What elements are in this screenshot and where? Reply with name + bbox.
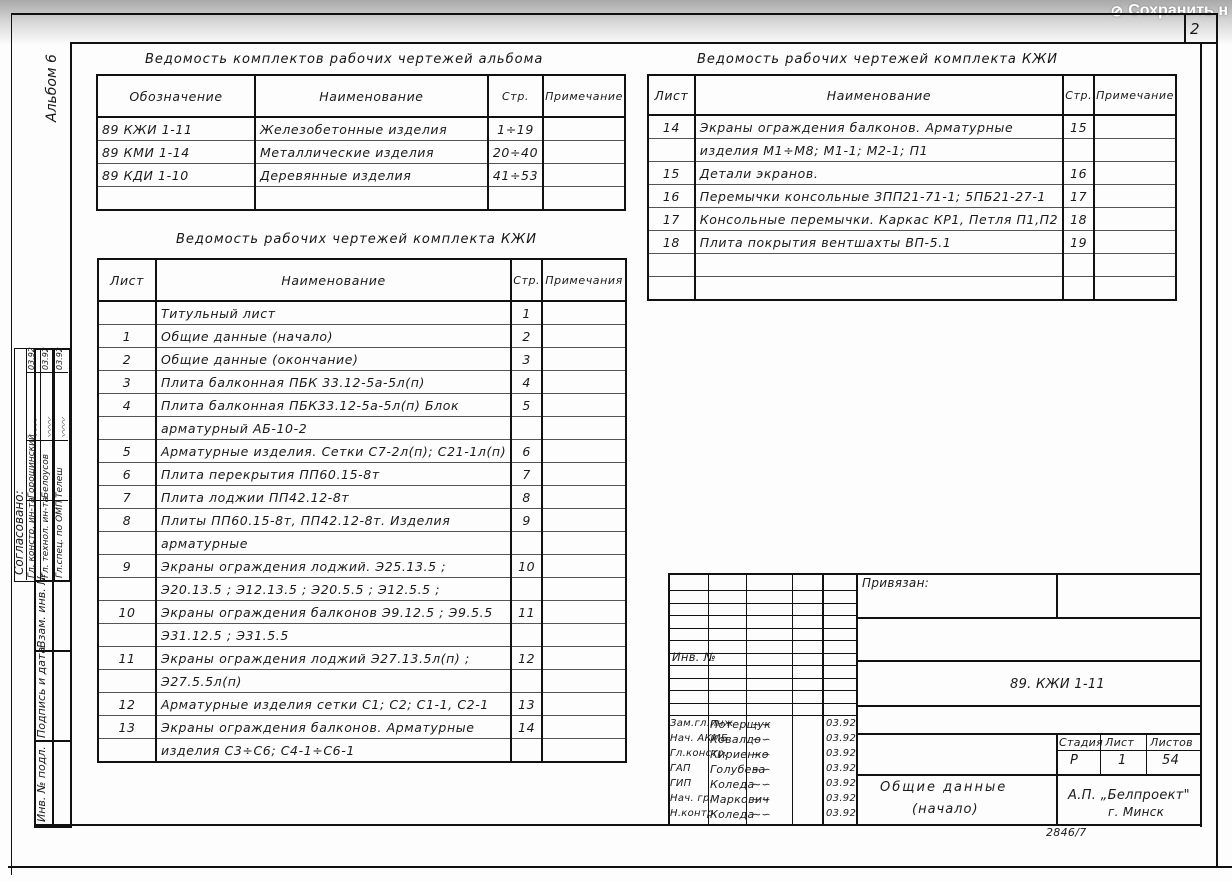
cell-note bbox=[542, 301, 626, 325]
cell-sheet bbox=[648, 277, 695, 301]
agreed-role-1: Гл. констр. ин-та bbox=[27, 497, 37, 578]
tb-row-line bbox=[668, 715, 856, 716]
albums-table: Обозначение Наименование Стр. Примечание… bbox=[96, 74, 626, 211]
cell-note bbox=[1094, 231, 1176, 254]
cell-sheet: 13 bbox=[98, 716, 156, 739]
cell-name: Консольные перемычки. Каркас КР1, Петля … bbox=[695, 208, 1063, 231]
cell-note bbox=[1094, 115, 1176, 139]
cell-name: арматурные bbox=[156, 532, 511, 555]
staff-role: ГИП bbox=[670, 778, 691, 789]
agreed-name-1: Горошинский bbox=[27, 434, 37, 498]
table-row: изделия С3÷С6; С4-1÷С6-1 bbox=[98, 739, 626, 763]
cell-name: Плита лоджии ПП42.12-8т bbox=[156, 486, 511, 509]
cell-page: 14 bbox=[511, 716, 542, 739]
tb-h1 bbox=[856, 617, 1200, 619]
tb-col-2 bbox=[792, 573, 793, 824]
albums-table-title: Ведомость комплектов рабочих чертежей ал… bbox=[145, 52, 543, 67]
cell-sheet: 18 bbox=[648, 231, 695, 254]
table-row: 2Общие данные (окончание)3 bbox=[98, 348, 626, 371]
sheet-value: 1 bbox=[1118, 753, 1127, 768]
cell-sheet bbox=[98, 417, 156, 440]
table-row: 12Арматурные изделия сетки С1; С2; С1-1,… bbox=[98, 693, 626, 716]
cell-name: Экраны ограждения лоджий Э27.13.5л(п) ; bbox=[156, 647, 511, 670]
cell-name bbox=[695, 277, 1063, 301]
cell-note bbox=[542, 555, 626, 578]
cell-page bbox=[511, 739, 542, 763]
cell-sheet: 11 bbox=[98, 647, 156, 670]
side-stamp-sep-3 bbox=[34, 740, 70, 742]
col-designation: Обозначение bbox=[97, 75, 255, 117]
cell-name: Плита перекрытия ПП60.15-8т bbox=[156, 463, 511, 486]
tb-h1v bbox=[1056, 573, 1058, 618]
paperclip-icon: ⊘ bbox=[1111, 2, 1124, 20]
staff-name: Коледа bbox=[710, 778, 754, 791]
table-row: 16Перемычки консольные 3ПП21-71-1; 5ПБ21… bbox=[648, 185, 1176, 208]
col-name: Наименование bbox=[695, 75, 1063, 115]
cell-pages bbox=[488, 187, 543, 211]
cell-name: изделия М1÷М8; М1-1; М2-1; П1 bbox=[695, 139, 1063, 162]
cell-sheet: 15 bbox=[648, 162, 695, 185]
cell-name: Плиты ПП60.15-8т, ПП42.12-8т. Изделия bbox=[156, 509, 511, 532]
cell-name: Арматурные изделия сетки С1; С2; С1-1, С… bbox=[156, 693, 511, 716]
cell-note bbox=[1094, 254, 1176, 277]
album-label: Альбом 6 bbox=[44, 54, 60, 122]
table-row: 5Арматурные изделия. Сетки С7-2л(п); С21… bbox=[98, 440, 626, 463]
table-row: 89 КМИ 1-14Металлические изделия20÷40 bbox=[97, 141, 625, 164]
cell-page: 7 bbox=[511, 463, 542, 486]
cell-note bbox=[543, 117, 625, 141]
cell-note bbox=[542, 371, 626, 394]
cell-sheet bbox=[98, 301, 156, 325]
cell-page: 10 bbox=[511, 555, 542, 578]
col-page: Стр. bbox=[1063, 75, 1094, 115]
cell-note bbox=[542, 578, 626, 601]
cell-name bbox=[255, 187, 488, 211]
cell-page bbox=[511, 532, 542, 555]
tb-main-divider bbox=[856, 573, 858, 824]
cell-note bbox=[543, 164, 625, 187]
cell-name: Перемычки консольные 3ПП21-71-1; 5ПБ21-2… bbox=[695, 185, 1063, 208]
frame-left-outer bbox=[11, 13, 12, 875]
cell-page bbox=[511, 417, 542, 440]
cell-page: 11 bbox=[511, 601, 542, 624]
staff-name: Коледа bbox=[710, 808, 754, 821]
cell-note bbox=[543, 141, 625, 164]
cell-note bbox=[542, 394, 626, 417]
cell-name: Э31.12.5 ; Э31.5.5 bbox=[156, 624, 511, 647]
cell-code bbox=[97, 187, 255, 211]
table-row: 14Экраны ограждения балконов. Арматурные… bbox=[648, 115, 1176, 139]
table-row: 17Консольные перемычки. Каркас КР1, Петл… bbox=[648, 208, 1176, 231]
table-row: 11Экраны ограждения лоджий Э27.13.5л(п) … bbox=[98, 647, 626, 670]
tb-row-line bbox=[668, 703, 856, 704]
cell-note bbox=[542, 739, 626, 763]
scan-top-shadow bbox=[0, 0, 1232, 45]
cell-page bbox=[511, 670, 542, 693]
cell-sheet: 14 bbox=[648, 115, 695, 139]
col-page: Стр. bbox=[511, 259, 542, 301]
table-row: арматурный АБ-10-2 bbox=[98, 417, 626, 440]
cell-sheet: 10 bbox=[98, 601, 156, 624]
sheets-value: 54 bbox=[1162, 753, 1179, 768]
agreed-signature-1: 〰〰 bbox=[27, 418, 42, 438]
cell-name: Железобетонные изделия bbox=[255, 117, 488, 141]
cell-name: Титульный лист bbox=[156, 301, 511, 325]
sheet-number: 2 bbox=[1190, 20, 1201, 38]
stage-label: Стадия bbox=[1059, 736, 1103, 749]
staff-signature: ∼∽ bbox=[752, 733, 771, 746]
frame-top-inner bbox=[70, 42, 1218, 44]
col-pages: Стр. bbox=[488, 75, 543, 117]
tb-row-line bbox=[668, 690, 856, 691]
table-row: 9Экраны ограждения лоджий. Э25.13.5 ;10 bbox=[98, 555, 626, 578]
col-name: Наименование bbox=[255, 75, 488, 117]
cell-sheet: 12 bbox=[98, 693, 156, 716]
frame-right-outer bbox=[1216, 13, 1218, 868]
cell-sheet: 17 bbox=[648, 208, 695, 231]
cell-note bbox=[542, 624, 626, 647]
cell-name: Детали экранов. bbox=[695, 162, 1063, 185]
tb-row-line bbox=[668, 678, 856, 679]
cell-page: 6 bbox=[511, 440, 542, 463]
staff-signature: ∼∽ bbox=[752, 763, 771, 776]
inv-number-label: Инв. № bbox=[672, 650, 716, 664]
sheets-left-title: Ведомость рабочих чертежей комплекта КЖИ bbox=[176, 232, 537, 247]
cell-sheet: 8 bbox=[98, 509, 156, 532]
tb-h-stage bbox=[1056, 750, 1200, 751]
staff-date: 03.92 bbox=[826, 733, 856, 744]
staff-role: Нач. гр. bbox=[670, 793, 713, 804]
tb-v-stage bbox=[1056, 733, 1058, 824]
sheet-number-box-left bbox=[1184, 13, 1186, 43]
staff-signature: ∼∽ bbox=[752, 748, 771, 761]
cell-page bbox=[511, 578, 542, 601]
cell-note bbox=[542, 601, 626, 624]
cell-note bbox=[542, 716, 626, 739]
cell-sheet: 7 bbox=[98, 486, 156, 509]
cell-name bbox=[695, 254, 1063, 277]
sheets-label: Листов bbox=[1150, 736, 1193, 749]
sheets-table-right: Лист Наименование Стр. Примечание 14Экра… bbox=[647, 74, 1177, 301]
cell-note bbox=[1094, 139, 1176, 162]
cell-page bbox=[511, 624, 542, 647]
cell-note bbox=[542, 348, 626, 371]
table-row: 89 КДИ 1-10Деревянные изделия41÷53 bbox=[97, 164, 625, 187]
tb-row-line bbox=[668, 603, 856, 604]
table-row: 15Детали экранов.16 bbox=[648, 162, 1176, 185]
staff-signature: ∼∽ bbox=[752, 778, 771, 791]
cell-name: Плита балконная ПБК33.12-5а-5л(п) Блок bbox=[156, 394, 511, 417]
cell-note bbox=[542, 417, 626, 440]
agreed-signature-3: 〰〰 bbox=[55, 418, 70, 438]
table-row: Э27.5.5л(п) bbox=[98, 670, 626, 693]
sheet-label: Лист bbox=[1105, 736, 1134, 749]
col-note: Примечание bbox=[543, 75, 625, 117]
cell-sheet: 3 bbox=[98, 371, 156, 394]
agreed-role-3: Гл.спец. по ОМП bbox=[55, 500, 65, 578]
tb-h4 bbox=[856, 733, 1200, 735]
tb-h3 bbox=[856, 705, 1200, 707]
tb-row-line bbox=[668, 628, 856, 629]
cell-note bbox=[542, 509, 626, 532]
cell-name: Экраны ограждения балконов. Арматурные bbox=[695, 115, 1063, 139]
cell-note bbox=[542, 463, 626, 486]
cell-name: Экраны ограждения балконов. Арматурные bbox=[156, 716, 511, 739]
cell-page: 16 bbox=[1063, 162, 1094, 185]
cell-page bbox=[1063, 254, 1094, 277]
cell-name: арматурный АБ-10-2 bbox=[156, 417, 511, 440]
table-row: 13Экраны ограждения балконов. Арматурные… bbox=[98, 716, 626, 739]
tb-h5 bbox=[856, 774, 1200, 776]
frame-bottom-outer bbox=[8, 866, 1232, 868]
cell-name: Экраны ограждения балконов Э9.12.5 ; Э9.… bbox=[156, 601, 511, 624]
cell-page: 4 bbox=[511, 371, 542, 394]
col-sheet: Лист bbox=[648, 75, 695, 115]
table-row: Э31.12.5 ; Э31.5.5 bbox=[98, 624, 626, 647]
cell-page: 3 bbox=[511, 348, 542, 371]
signature-date-label: Подпись и дата bbox=[35, 647, 48, 738]
original-inv-label: Инв. № подл. bbox=[35, 746, 48, 822]
cell-code: 89 КДИ 1-10 bbox=[97, 164, 255, 187]
organization-city: г. Минск bbox=[1108, 805, 1164, 819]
table-row: изделия М1÷М8; М1-1; М2-1; П1 bbox=[648, 139, 1176, 162]
table-row: Титульный лист1 bbox=[98, 301, 626, 325]
tb-row-line bbox=[668, 665, 856, 666]
agreed-col-date bbox=[26, 372, 68, 373]
staff-date: 03.92 bbox=[826, 808, 856, 819]
cell-page: 15 bbox=[1063, 115, 1094, 139]
cell-note bbox=[543, 187, 625, 211]
table-row: 10Экраны ограждения балконов Э9.12.5 ; Э… bbox=[98, 601, 626, 624]
staff-signature: ∼∽ bbox=[752, 718, 771, 731]
cell-sheet bbox=[648, 139, 695, 162]
cell-name: Э20.13.5 ; Э12.13.5 ; Э20.5.5 ; Э12.5.5 … bbox=[156, 578, 511, 601]
replaced-inv-label: Взам. инв. № bbox=[35, 573, 48, 648]
sheet-title-line2: (начало) bbox=[912, 802, 979, 817]
cell-page: 8 bbox=[511, 486, 542, 509]
cell-note bbox=[1094, 277, 1176, 301]
sheet-title-line1: Общие данные bbox=[880, 780, 1007, 795]
cell-pages: 41÷53 bbox=[488, 164, 543, 187]
agreed-date-1: 03.92 bbox=[27, 347, 36, 370]
cell-page: 13 bbox=[511, 693, 542, 716]
cell-page bbox=[1063, 277, 1094, 301]
cell-name: Арматурные изделия. Сетки С7-2л(п); С21-… bbox=[156, 440, 511, 463]
cell-note bbox=[542, 693, 626, 716]
organization-name: А.П. „Белпроект" bbox=[1068, 788, 1190, 803]
linked-label: Привязан: bbox=[862, 576, 929, 590]
stage-value: Р bbox=[1070, 753, 1078, 768]
cell-name: Экраны ограждения лоджий. Э25.13.5 ; bbox=[156, 555, 511, 578]
cell-sheet: 9 bbox=[98, 555, 156, 578]
cell-page: 12 bbox=[511, 647, 542, 670]
cell-sheet bbox=[98, 739, 156, 763]
table-row: 1Общие данные (начало)2 bbox=[98, 325, 626, 348]
cell-name: Деревянные изделия bbox=[255, 164, 488, 187]
table-row: 89 КЖИ 1-11Железобетонные изделия1÷19 bbox=[97, 117, 625, 141]
cell-sheet bbox=[98, 670, 156, 693]
table-row bbox=[648, 277, 1176, 301]
table-row bbox=[97, 187, 625, 211]
cell-note bbox=[542, 440, 626, 463]
cell-note bbox=[542, 325, 626, 348]
cell-note bbox=[1094, 185, 1176, 208]
table-row: арматурные bbox=[98, 532, 626, 555]
cell-name: Общие данные (начало) bbox=[156, 325, 511, 348]
tb-row-line bbox=[668, 590, 856, 591]
tb-col-3 bbox=[822, 573, 824, 824]
cell-pages: 20÷40 bbox=[488, 141, 543, 164]
sheets-table-left: Лист Наименование Стр. Примечания Титуль… bbox=[97, 258, 627, 763]
col-sheet: Лист bbox=[98, 259, 156, 301]
cell-sheet: 5 bbox=[98, 440, 156, 463]
col-name: Наименование bbox=[156, 259, 511, 301]
cell-note bbox=[542, 532, 626, 555]
agreed-date-2: 03.92 bbox=[41, 347, 50, 370]
frame-top-outer bbox=[12, 13, 1217, 15]
cell-note bbox=[542, 486, 626, 509]
tb-v-sheets bbox=[1146, 733, 1147, 775]
agreed-name-3: Телеш bbox=[55, 467, 65, 498]
tb-h2 bbox=[856, 660, 1200, 662]
col-note: Примечание bbox=[1094, 75, 1176, 115]
cell-page: 2 bbox=[511, 325, 542, 348]
tb-row-line bbox=[668, 640, 856, 641]
table-row: 4Плита балконная ПБК33.12-5а-5л(п) Блок5 bbox=[98, 394, 626, 417]
agreed-signature-2: 〰〰 bbox=[41, 418, 56, 438]
staff-signature: ∼∽ bbox=[752, 793, 771, 806]
cell-page: 1 bbox=[511, 301, 542, 325]
cell-name: Плита балконная ПБК 33.12-5а-5л(п) bbox=[156, 371, 511, 394]
cell-sheet: 2 bbox=[98, 348, 156, 371]
cell-sheet: 4 bbox=[98, 394, 156, 417]
table-row: 7Плита лоджии ПП42.12-8т8 bbox=[98, 486, 626, 509]
staff-date: 03.92 bbox=[826, 748, 856, 759]
cell-page: 19 bbox=[1063, 231, 1094, 254]
cell-note bbox=[542, 647, 626, 670]
staff-date: 03.92 bbox=[826, 793, 856, 804]
cell-page: 17 bbox=[1063, 185, 1094, 208]
save-image-button[interactable]: ⊘ Сохранить н bbox=[1111, 0, 1232, 22]
cell-code: 89 КЖИ 1-11 bbox=[97, 117, 255, 141]
cell-sheet bbox=[98, 578, 156, 601]
table-row: 3Плита балконная ПБК 33.12-5а-5л(п)4 bbox=[98, 371, 626, 394]
staff-role: ГАП bbox=[670, 763, 691, 774]
staff-signature: ∼∽ bbox=[752, 808, 771, 821]
table-row: 18Плита покрытия вентшахты ВП-5.119 bbox=[648, 231, 1176, 254]
staff-date: 03.92 bbox=[826, 763, 856, 774]
cell-name: Общие данные (окончание) bbox=[156, 348, 511, 371]
cell-note bbox=[1094, 208, 1176, 231]
tb-col-0 bbox=[708, 573, 709, 824]
cell-name: изделия С3÷С6; С4-1÷С6-1 bbox=[156, 739, 511, 763]
cell-sheet: 1 bbox=[98, 325, 156, 348]
cell-page: 9 bbox=[511, 509, 542, 532]
staff-date: 03.92 bbox=[826, 778, 856, 789]
cell-page bbox=[1063, 139, 1094, 162]
cell-code: 89 КМИ 1-14 bbox=[97, 141, 255, 164]
archive-number: 2846/7 bbox=[1046, 826, 1087, 839]
cell-name: Плита покрытия вентшахты ВП-5.1 bbox=[695, 231, 1063, 254]
agreed-role-2: Гл. технол. ин-та bbox=[41, 497, 51, 578]
cell-name: Э27.5.5л(п) bbox=[156, 670, 511, 693]
cell-sheet: 16 bbox=[648, 185, 695, 208]
cell-sheet bbox=[648, 254, 695, 277]
table-row: Э20.13.5 ; Э12.13.5 ; Э20.5.5 ; Э12.5.5 … bbox=[98, 578, 626, 601]
table-row: 8Плиты ПП60.15-8т, ПП42.12-8т. Изделия9 bbox=[98, 509, 626, 532]
cell-sheet bbox=[98, 624, 156, 647]
cell-sheet bbox=[98, 532, 156, 555]
tb-row-line bbox=[668, 615, 856, 616]
agreed-label: Согласовано: bbox=[12, 490, 26, 575]
table-row: 6Плита перекрытия ПП60.15-8т7 bbox=[98, 463, 626, 486]
sheets-right-title: Ведомость рабочих чертежей комплекта КЖИ bbox=[697, 52, 1058, 67]
table-row bbox=[648, 254, 1176, 277]
cell-page: 5 bbox=[511, 394, 542, 417]
cell-name: Металлические изделия bbox=[255, 141, 488, 164]
agreed-name-2: Белоусов bbox=[41, 454, 51, 498]
cell-note bbox=[542, 670, 626, 693]
cell-note bbox=[1094, 162, 1176, 185]
col-note: Примечания bbox=[542, 259, 626, 301]
cell-pages: 1÷19 bbox=[488, 117, 543, 141]
cell-page: 18 bbox=[1063, 208, 1094, 231]
cell-sheet: 6 bbox=[98, 463, 156, 486]
agreed-date-3: 03.92 bbox=[55, 347, 64, 370]
document-code: 89. КЖИ 1-11 bbox=[1010, 677, 1105, 692]
staff-date: 03.92 bbox=[826, 718, 856, 729]
